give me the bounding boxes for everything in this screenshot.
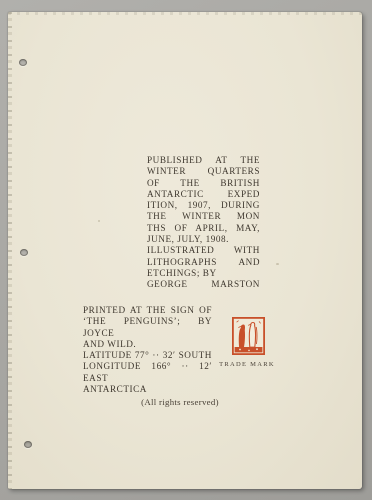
- book-page: PUBLISHED AT THE WINTER QUARTERS OF THE …: [8, 12, 362, 489]
- scanned-book-page-photo: PUBLISHED AT THE WINTER QUARTERS OF THE …: [0, 0, 372, 500]
- trade-mark-label: TRADE MARK: [212, 361, 282, 368]
- binding-hole: [20, 249, 28, 256]
- colophon-line: GEORGE MARSTON: [147, 279, 260, 290]
- printer-line: AND WILD.: [83, 339, 212, 350]
- penguins-icon: [232, 317, 265, 355]
- colophon-line: OF THE BRITISH: [147, 178, 260, 189]
- publication-colophon: PUBLISHED AT THE WINTER QUARTERS OF THE …: [147, 155, 260, 291]
- printer-line: LATITUDE 77° ·· 32′ SOUTH: [83, 350, 212, 361]
- colophon-line: ILLUSTRATED WITH: [147, 245, 260, 256]
- penguin-trademark-stamp: [232, 317, 265, 355]
- printer-line: LONGITUDE 166° ·· 12′ EAST: [83, 361, 212, 384]
- colophon-line: ITION, 1907, DURING: [147, 200, 260, 211]
- paper-speck: [276, 263, 279, 265]
- colophon-line: ANTARCTIC EXPED: [147, 189, 260, 200]
- colophon-line: LITHOGRAPHS AND: [147, 257, 260, 268]
- binding-hole: [24, 441, 32, 448]
- binding-hole: [19, 59, 27, 66]
- colophon-line: THE WINTER MON: [147, 211, 260, 222]
- printer-colophon: PRINTED AT THE SIGN OF ‘THE PENGUINS’; B…: [83, 305, 212, 395]
- paper-speck: [98, 220, 100, 222]
- colophon-line: THS OF APRIL, MAY,: [147, 223, 260, 234]
- printer-line: ANTARCTICA: [83, 384, 212, 395]
- colophon-line: JUNE, JULY, 1908.: [147, 234, 260, 245]
- colophon-line: WINTER QUARTERS: [147, 166, 260, 177]
- colophon-line: PUBLISHED AT THE: [147, 155, 260, 166]
- printer-line: PRINTED AT THE SIGN OF: [83, 305, 212, 316]
- deckle-edge: [8, 12, 12, 489]
- colophon-line: ETCHINGS; BY: [147, 268, 260, 279]
- printer-line: ‘THE PENGUINS’; BY JOYCE: [83, 316, 212, 339]
- rights-notice: (All rights reserved): [104, 397, 256, 407]
